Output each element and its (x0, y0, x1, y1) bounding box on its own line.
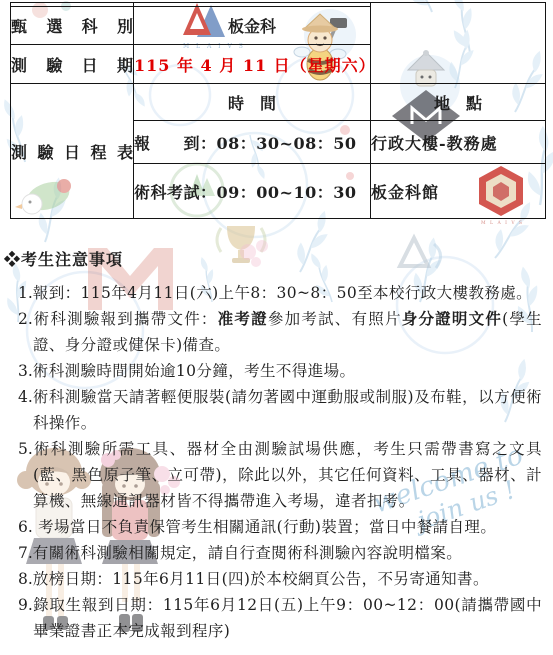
note-text: 有關術科測驗相關規定，請自行查閱術科測驗內容說明檔案。 (33, 544, 462, 562)
note-number: 5. (18, 440, 33, 458)
checkin-place-cell: 行政大樓-教務處 (371, 121, 546, 164)
note-number: 2. (18, 310, 33, 328)
note-text: 術科測驗報到攜帶文件： (33, 310, 218, 328)
note-item: 6. 考場當日不負責保管考生相關通訊(行動)裝置；當日中餐請自理。 (18, 514, 542, 540)
place-header: 地 點 (371, 84, 546, 121)
exam-date-value: 115 年 4 月 11 日（星期六） (134, 45, 371, 84)
subject-label: 甄選科別 (11, 7, 134, 45)
note-text: 放榜日期：115年6月11日(四)於本校網頁公告，不另寄通知書。 (33, 570, 489, 588)
notes-heading: ❖考生注意事項 (4, 247, 542, 273)
empty-side-cell (371, 3, 546, 84)
time-header: 時 間 (134, 84, 371, 121)
note-text: 術科測驗所需工具、器材全由測驗試場供應，考生只需帶書寫之文具(藍、黑色原子筆、立… (33, 440, 542, 510)
note-item: 4.術科測驗當天請著輕便服裝(請勿著國中運動服或制服)及布鞋，以方便術科操作。 (18, 384, 542, 436)
note-text: 術科測驗當天請著輕便服裝(請勿著國中運動服或制服)及布鞋，以方便術科操作。 (33, 388, 542, 432)
document-page: M L A I V S (0, 0, 553, 655)
note-number: 1. (18, 284, 33, 302)
school-initials-text: M L A I V S (481, 220, 524, 226)
practical-time-cell: 術科考試：09：00~10：30 (134, 164, 371, 219)
exam-date-label: 測驗日期 (11, 45, 134, 84)
schedule-table: 甄選科別 板金科 測驗日期 115 年 4 月 11 日（星期六） 測驗日程表 … (10, 2, 546, 219)
note-number: 4. (18, 388, 33, 406)
checkin-time-cell: 報 到：08：30~08：50 (134, 121, 371, 164)
note-text: 報到：115年4月11日(六)上午8：30~8：50至本校行政大樓教務處。 (33, 284, 532, 302)
note-item: 3.術科測驗時間開始逾10分鐘，考生不得進場。 (18, 358, 542, 384)
note-text: 身分證明文件 (402, 309, 502, 328)
note-item: 9.錄取生報到日期：115年6月12日(五)上午9：00~12：00(請攜帶國中… (18, 592, 542, 644)
note-text: 考場當日不負責保管考生相關通訊(行動)裝置；當日中餐請自理。 (33, 518, 496, 536)
note-number: 7. (18, 544, 33, 562)
note-number: 3. (18, 362, 33, 380)
note-number: 9. (18, 596, 33, 614)
notes-list: 1.報到：115年4月11日(六)上午8：30~8：50至本校行政大樓教務處。2… (4, 280, 542, 644)
note-item: 7.有關術科測驗相關規定，請自行查閱術科測驗內容說明檔案。 (18, 540, 542, 566)
practical-place-cell: 板金科館 (371, 164, 546, 219)
note-text: 准考證 (218, 309, 268, 328)
note-text: 錄取生報到日期：115年6月12日(五)上午9：00~12：00(請攜帶國中畢業… (33, 596, 542, 640)
note-item: 2.術科測驗報到攜帶文件：准考證參加考試、有照片身分證明文件(學生證、身分證或健… (18, 306, 542, 358)
note-number: 8. (18, 570, 33, 588)
subject-value: 板金科 (134, 7, 371, 45)
notes-section: ❖考生注意事項 1.報到：115年4月11日(六)上午8：30~8：50至本校行… (4, 247, 542, 644)
note-text: 參加考試、有照片 (268, 310, 402, 328)
note-item: 1.報到：115年4月11日(六)上午8：30~8：50至本校行政大樓教務處。 (18, 280, 542, 306)
note-item: 5.術科測驗所需工具、器材全由測驗試場供應，考生只需帶書寫之文具(藍、黑色原子筆… (18, 436, 542, 514)
note-number: 6. (18, 518, 33, 536)
schedule-label: 測驗日程表 (11, 84, 134, 219)
note-item: 8.放榜日期：115年6月11日(四)於本校網頁公告，不另寄通知書。 (18, 566, 542, 592)
note-text: 術科測驗時間開始逾10分鐘，考生不得進場。 (33, 362, 356, 380)
